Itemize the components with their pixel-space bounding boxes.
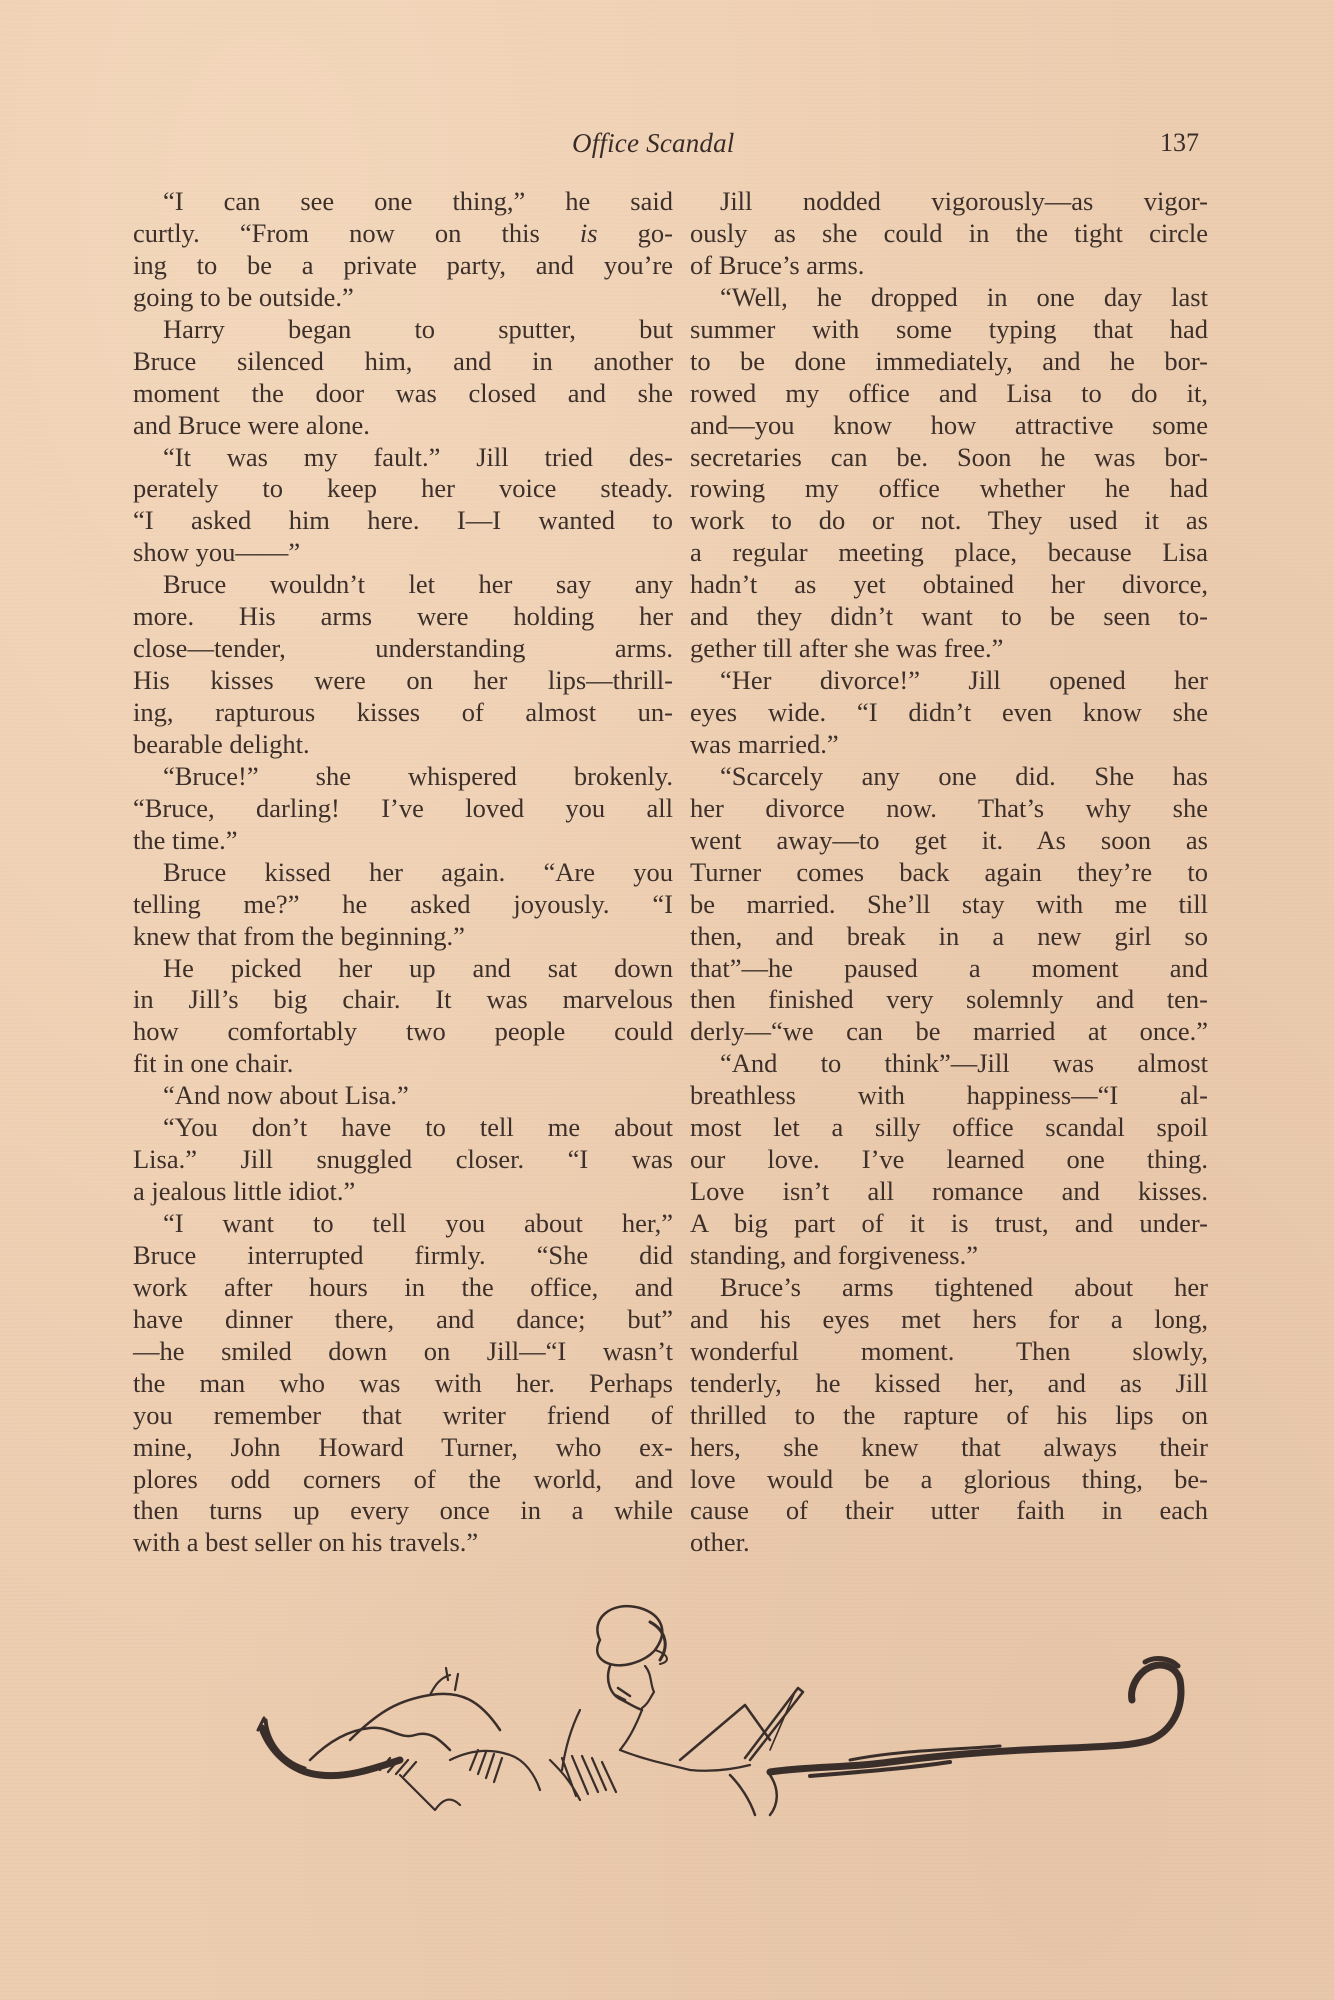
text-line: of Bruce’s arms. bbox=[690, 250, 1208, 282]
book-page: Office Scandal 137 “I can see one thing,… bbox=[0, 0, 1334, 2000]
text-line: “Scarcely any one did. She has bbox=[690, 761, 1208, 793]
text-line: and his eyes met hers for a long, bbox=[690, 1304, 1208, 1336]
text-line: “And to think”—Jill was almost bbox=[690, 1048, 1208, 1080]
text-line: a regular meeting place, because Lisa bbox=[690, 537, 1208, 569]
text-line: He picked her up and sat down bbox=[133, 953, 673, 985]
text-line: then turns up every once in a while bbox=[133, 1495, 673, 1527]
text-line: a jealous little idiot.” bbox=[133, 1176, 673, 1208]
text-line: fit in one chair. bbox=[133, 1048, 673, 1080]
text-line: Bruce silenced him, and in another bbox=[133, 346, 673, 378]
text-line: “Bruce, darling! I’ve loved you all bbox=[133, 793, 673, 825]
text-line: you remember that writer friend of bbox=[133, 1400, 673, 1432]
text-line: “Well, he dropped in one day last bbox=[690, 282, 1208, 314]
text-line: and Bruce were alone. bbox=[133, 410, 673, 442]
text-column-right: Jill nodded vigorously—as vigor-ously as… bbox=[690, 186, 1208, 1559]
text-line: going to be outside.” bbox=[133, 282, 673, 314]
running-title: Office Scandal bbox=[572, 128, 735, 159]
tailpiece-drawing-icon bbox=[250, 1600, 1230, 1860]
text-line: then, and break in a new girl so bbox=[690, 921, 1208, 953]
text-line: rowing my office whether he had bbox=[690, 473, 1208, 505]
text-line: gether till after she was free.” bbox=[690, 633, 1208, 665]
text-line: the time.” bbox=[133, 825, 673, 857]
text-line: eyes wide. “I didn’t even know she bbox=[690, 697, 1208, 729]
text-column-left: “I can see one thing,” he saidcurtly. “F… bbox=[133, 186, 673, 1559]
text-line: moment the door was closed and she bbox=[133, 378, 673, 410]
text-line: and they didn’t want to be seen to- bbox=[690, 601, 1208, 633]
woman-reading-illustration bbox=[250, 1600, 1230, 1860]
text-line: close—tender, understanding arms. bbox=[133, 633, 673, 665]
text-line: to be done immediately, and he bor- bbox=[690, 346, 1208, 378]
text-line: love would be a glorious thing, be- bbox=[690, 1464, 1208, 1496]
text-line: Love isn’t all romance and kisses. bbox=[690, 1176, 1208, 1208]
text-line: our love. I’ve learned one thing. bbox=[690, 1144, 1208, 1176]
text-line: show you——” bbox=[133, 537, 673, 569]
text-line: Turner comes back again they’re to bbox=[690, 857, 1208, 889]
text-line: and—you know how attractive some bbox=[690, 410, 1208, 442]
text-line: her divorce now. That’s why she bbox=[690, 793, 1208, 825]
text-line: Bruce kissed her again. “Are you bbox=[133, 857, 673, 889]
text-line: curtly. “From now on this is go- bbox=[133, 218, 673, 250]
text-line: summer with some typing that had bbox=[690, 314, 1208, 346]
text-line: His kisses were on her lips—thrill- bbox=[133, 665, 673, 697]
text-line: standing, and forgiveness.” bbox=[690, 1240, 1208, 1272]
text-line: thrilled to the rapture of his lips on bbox=[690, 1400, 1208, 1432]
text-line: that”—he paused a moment and bbox=[690, 953, 1208, 985]
text-line: “I can see one thing,” he said bbox=[133, 186, 673, 218]
text-line: “I want to tell you about her,” bbox=[133, 1208, 673, 1240]
text-line: “Bruce!” she whispered brokenly. bbox=[133, 761, 673, 793]
text-line: breathless with happiness—“I al- bbox=[690, 1080, 1208, 1112]
text-line: Lisa.” Jill snuggled closer. “I was bbox=[133, 1144, 673, 1176]
text-line: Bruce’s arms tightened about her bbox=[690, 1272, 1208, 1304]
text-line: how comfortably two people could bbox=[133, 1016, 673, 1048]
text-line: “It was my fault.” Jill tried des- bbox=[133, 442, 673, 474]
text-line: Harry began to sputter, but bbox=[133, 314, 673, 346]
text-line: more. His arms were holding her bbox=[133, 601, 673, 633]
text-line: mine, John Howard Turner, who ex- bbox=[133, 1432, 673, 1464]
text-line: ing, rapturous kisses of almost un- bbox=[133, 697, 673, 729]
text-line: perately to keep her voice steady. bbox=[133, 473, 673, 505]
text-line: ously as she could in the tight circle bbox=[690, 218, 1208, 250]
text-line: in Jill’s big chair. It was marvelous bbox=[133, 984, 673, 1016]
text-line: tenderly, he kissed her, and as Jill bbox=[690, 1368, 1208, 1400]
text-line: secretaries can be. Soon he was bor- bbox=[690, 442, 1208, 474]
text-line: went away—to get it. As soon as bbox=[690, 825, 1208, 857]
text-line: wonderful moment. Then slowly, bbox=[690, 1336, 1208, 1368]
text-line: Jill nodded vigorously—as vigor- bbox=[690, 186, 1208, 218]
text-line: have dinner there, and dance; but” bbox=[133, 1304, 673, 1336]
text-line: “And now about Lisa.” bbox=[133, 1080, 673, 1112]
text-line: was married.” bbox=[690, 729, 1208, 761]
text-line: telling me?” he asked joyously. “I bbox=[133, 889, 673, 921]
emphasis: is bbox=[580, 218, 598, 248]
text-line: ing to be a private party, and you’re bbox=[133, 250, 673, 282]
text-line: Bruce wouldn’t let her say any bbox=[133, 569, 673, 601]
text-line: “I asked him here. I—I wanted to bbox=[133, 505, 673, 537]
text-line: then finished very solemnly and ten- bbox=[690, 984, 1208, 1016]
text-line: “You don’t have to tell me about bbox=[133, 1112, 673, 1144]
text-line: be married. She’ll stay with me till bbox=[690, 889, 1208, 921]
text-line: hers, she knew that always their bbox=[690, 1432, 1208, 1464]
text-line: “Her divorce!” Jill opened her bbox=[690, 665, 1208, 697]
text-line: work to do or not. They used it as bbox=[690, 505, 1208, 537]
text-line: Bruce interrupted firmly. “She did bbox=[133, 1240, 673, 1272]
text-line: —he smiled down on Jill—“I wasn’t bbox=[133, 1336, 673, 1368]
text-line: A big part of it is trust, and under- bbox=[690, 1208, 1208, 1240]
text-line: most let a silly office scandal spoil bbox=[690, 1112, 1208, 1144]
text-line: the man who was with her. Perhaps bbox=[133, 1368, 673, 1400]
text-line: bearable delight. bbox=[133, 729, 673, 761]
text-line: rowed my office and Lisa to do it, bbox=[690, 378, 1208, 410]
text-line: cause of their utter faith in each bbox=[690, 1495, 1208, 1527]
text-line: work after hours in the office, and bbox=[133, 1272, 673, 1304]
text-line: knew that from the beginning.” bbox=[133, 921, 673, 953]
text-line: derly—“we can be married at once.” bbox=[690, 1016, 1208, 1048]
text-line: other. bbox=[690, 1527, 1208, 1559]
text-line: plores odd corners of the world, and bbox=[133, 1464, 673, 1496]
text-line: hadn’t as yet obtained her divorce, bbox=[690, 569, 1208, 601]
page-number: 137 bbox=[1160, 128, 1199, 158]
text-line: with a best seller on his travels.” bbox=[133, 1527, 673, 1559]
